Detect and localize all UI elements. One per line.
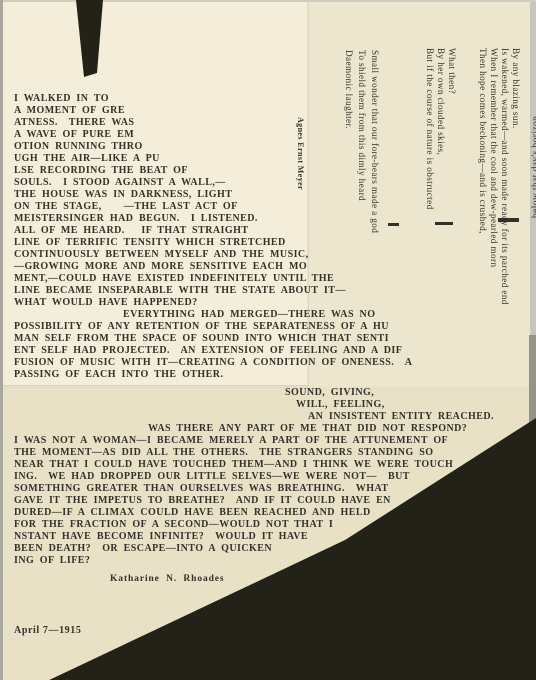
- margin-verse-column: Agnes Ernst Meyer: [295, 117, 305, 199]
- poem-line: LSE RECORDING THE BEAT OF: [14, 165, 188, 177]
- margin-verse-column: Small wonder that our fore-bears made a …: [342, 50, 381, 252]
- margin-verse-line: Daemonic laughter.: [342, 50, 355, 252]
- margin-verse-line: But if the course of nature is obstructe…: [424, 48, 435, 260]
- poem-line: LINE OF TERRIFIC TENSITY WHICH STRETCHED: [14, 237, 286, 249]
- poem-line: BEEN DEATH? OR ESCAPE—INTO A QUICKEN: [14, 543, 272, 555]
- poem-line: THE MOMENT—AS DID ALL THE OTHERS. THE ST…: [14, 447, 433, 459]
- stanza-dash: [435, 222, 453, 225]
- magazine-page: I WALKED IN TOA MOMENT OF GREATNESS. THE…: [0, 0, 536, 680]
- poem-line: POSSIBILITY OF ANY RETENTION OF THE SEPA…: [14, 321, 389, 333]
- margin-verse-line: What then?: [446, 48, 457, 260]
- poem-line: THE HOUSE WAS IN DARKNESS, LIGHT: [14, 189, 232, 201]
- poem-line: WILL, FEELING,: [296, 399, 385, 411]
- stanza-dash: [388, 223, 399, 226]
- poem-line: FOR THE FRACTION OF A SECOND—WOULD NOT T…: [14, 519, 333, 531]
- stanza-dash: [498, 218, 519, 222]
- margin-verse-line: By her own clouded skies,: [435, 48, 446, 260]
- poem-line: OTION RUNNING THRO: [14, 141, 143, 153]
- poem-line: NEAR THAT I COULD HAVE TOUCHED THEM—AND …: [14, 459, 453, 471]
- margin-verse-line: To shield them from this dimly heard: [355, 50, 368, 252]
- margin-verse-line: By any blazing sun.: [510, 48, 521, 346]
- poem-line: I WALKED IN TO: [14, 93, 109, 105]
- poem-line: SOUND, GIVING,: [285, 387, 374, 399]
- poem-line: I WAS NOT A WOMAN—I BECAME MERELY A PART…: [14, 435, 448, 447]
- poem-line: NSTANT HAVE BECOME INFINITE? WOULD IT HA…: [14, 531, 308, 543]
- poem-line: A WAVE OF PURE EM: [14, 129, 134, 141]
- margin-verse-line: Is wakened, warmed—and soon made ready f…: [499, 48, 510, 346]
- date-line: April 7—1915: [14, 625, 81, 636]
- poem-line: ON THE STAGE, —THE LAST ACT OF: [14, 201, 238, 213]
- poem-line: ENT SELF HAD PROJECTED. AN EXTENSION OF …: [14, 345, 402, 357]
- page-edge-strip-shadow: [529, 335, 536, 432]
- margin-verse-line: Agnes Ernst Meyer: [295, 117, 305, 199]
- poem-line: MENT,—COULD HAVE EXISTED INDEFINITELY UN…: [14, 273, 334, 285]
- scan-edge-left: [0, 0, 3, 680]
- poem-line: ATNESS. THERE WAS: [14, 117, 134, 129]
- margin-verse-line: Small wonder that our fore-bears made a …: [368, 50, 381, 252]
- poem-line: PASSING OF EACH INTO THE OTHER.: [14, 369, 223, 381]
- poem-line: AN INSISTENT ENTITY REACHED.: [308, 411, 494, 423]
- poem-line: SOMETHING GREATER THAN OURSELVES WAS BRE…: [14, 483, 389, 495]
- poem-line: DURED—IF A CLIMAX COULD HAVE BEEN REACHE…: [14, 507, 371, 519]
- poem-line: ING OF LIFE?: [14, 555, 90, 567]
- poem-line: UGH THE AIR—LIKE A PU: [14, 153, 160, 165]
- sheet-fold-edge-horizontal: [0, 385, 308, 388]
- poem-line: SOULS. I STOOD AGAINST A WALL,—: [14, 177, 226, 189]
- poem-line: GAVE IT THE IMPETUS TO BREATHE? AND IF I…: [14, 495, 391, 507]
- poem-line: FUSION OF MUSIC WITH IT—CREATING A CONDI…: [14, 357, 412, 369]
- poem-line: ING. WE HAD DROPPED OUR LITTLE SELVES—WE…: [14, 471, 410, 483]
- margin-verse-column: below that day's horizon.: [529, 53, 536, 218]
- margin-verse-column: But if the course of nature is obstructe…: [424, 48, 457, 260]
- poem-line: WAS THERE ANY PART OF ME THAT DID NOT RE…: [148, 423, 467, 435]
- poem-line: MEISTERSINGER HAD BEGUN. I LISTENED.: [14, 213, 258, 225]
- margin-verse-column: Then hope comes beckoning—and is crushed…: [477, 48, 521, 346]
- author-signature: Katharine N. Rhoades: [110, 574, 225, 584]
- poem-line: CONTINUOUSLY BETWEEN MYSELF AND THE MUSI…: [14, 249, 309, 261]
- poem-line: A MOMENT OF GRE: [14, 105, 125, 117]
- margin-verse-line: below that day's horizon.: [529, 53, 536, 218]
- margin-verse-line: Then hope comes beckoning—and is crushed…: [477, 48, 488, 346]
- poem-line: ALL OF ME HEARD. IF THAT STRAIGHT: [14, 225, 248, 237]
- margin-verse-line: When I remember that the cool and dew-pe…: [488, 48, 499, 346]
- poem-line: EVERYTHING HAD MERGED—THERE WAS NO: [123, 309, 375, 321]
- poem-line: WHAT WOULD HAVE HAPPENED?: [14, 297, 198, 309]
- poem-line: —GROWING MORE AND MORE SENSITIVE EACH MO: [14, 261, 307, 273]
- poem-line: LINE BECAME INSEPARABLE WITH THE STATE A…: [14, 285, 346, 297]
- poem-line: MAN SELF FROM THE SPACE OF SOUND INTO WH…: [14, 333, 389, 345]
